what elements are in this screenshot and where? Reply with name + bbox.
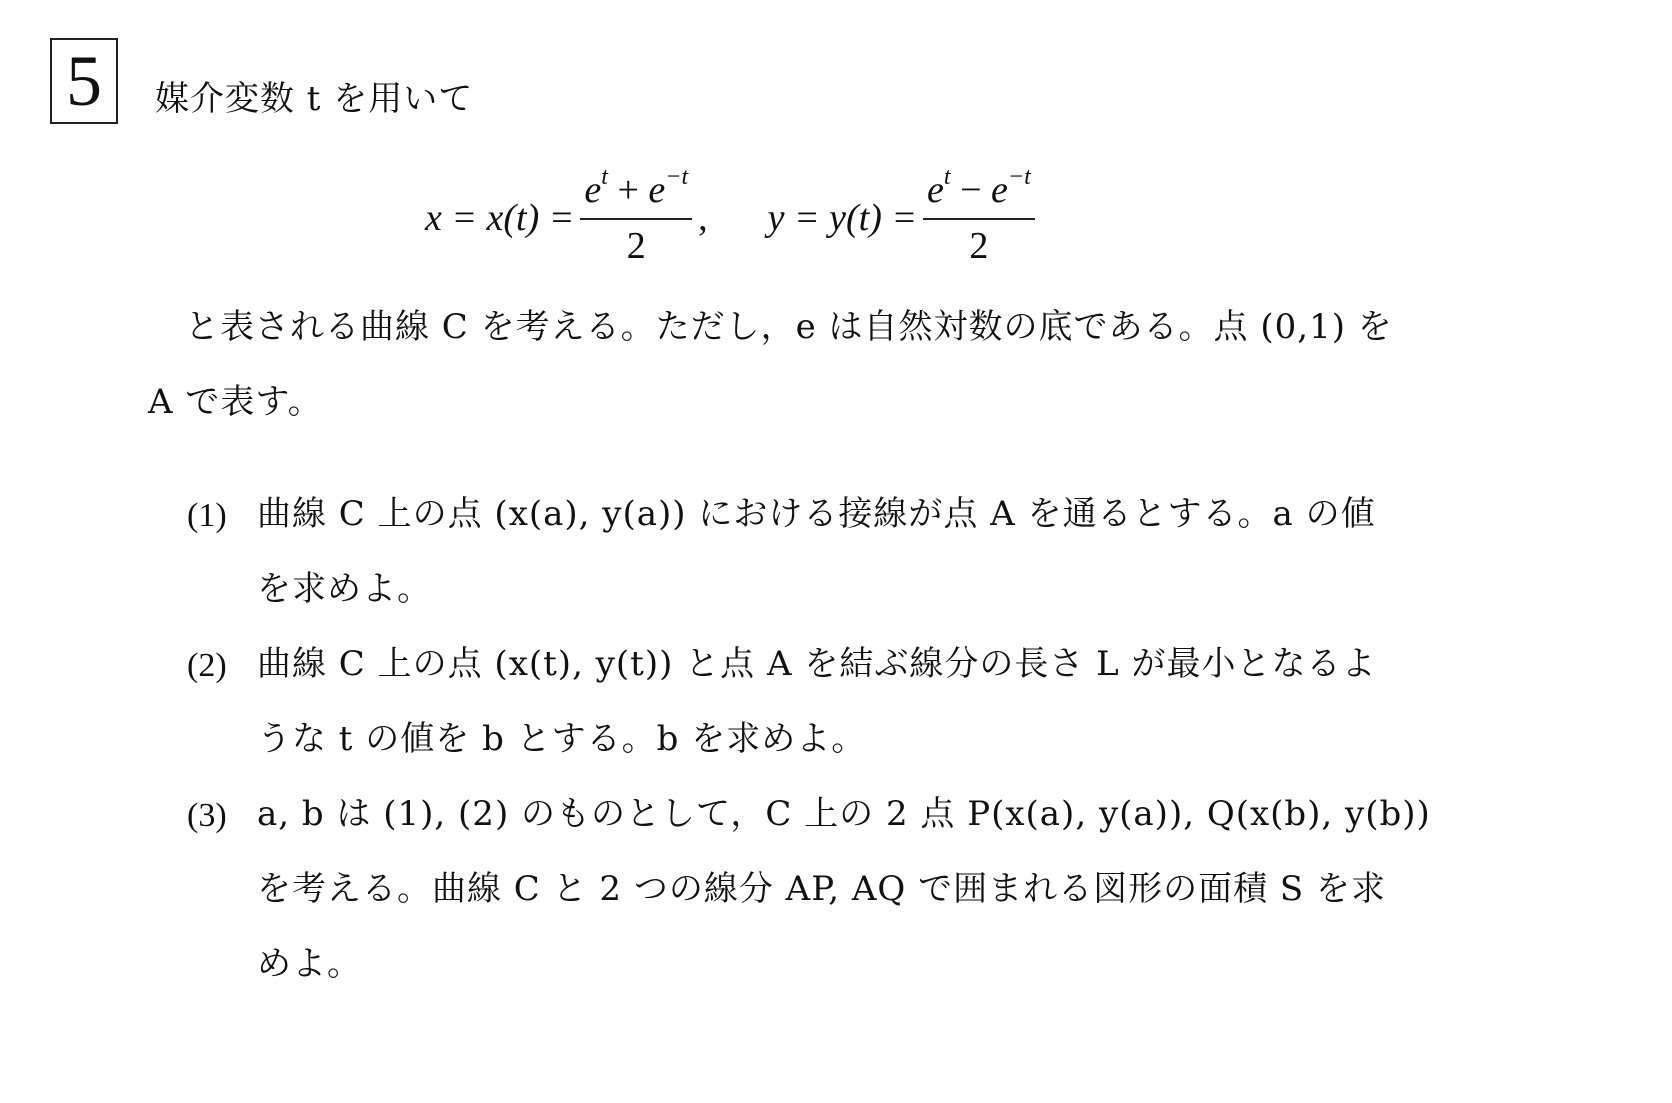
problem-number-box: 5 bbox=[50, 38, 118, 124]
x-lhs: x = x(t) = bbox=[425, 196, 574, 240]
subquestion-3-line-1: a, b は (1), (2) のものとして，C 上の 2 点 P(x(a), … bbox=[257, 797, 1431, 831]
subquestion-2-label: (2) bbox=[187, 647, 227, 685]
x-denominator: 2 bbox=[627, 220, 646, 268]
x-equation: x = x(t) = et + e−t 2 , bbox=[425, 168, 708, 268]
subquestion-1-line-2: を求めよ。 bbox=[257, 572, 432, 606]
parametric-equation: x = x(t) = et + e−t 2 , y = y(t) = et − … bbox=[425, 168, 1041, 268]
subquestion-2-line-1: 曲線 C 上の点 (x(t), y(t)) と点 A を結ぶ線分の長さ L が最… bbox=[257, 647, 1377, 681]
subquestion-3-line-3: めよ。 bbox=[257, 947, 362, 981]
subquestion-1-line-1: 曲線 C 上の点 (x(a), y(a)) における接線が点 A を通るとする。… bbox=[257, 497, 1376, 531]
subquestion-2-line-2: うな t の値を b とする。b を求めよ。 bbox=[257, 722, 866, 756]
subquestion-3-line-2: を考える。曲線 C と 2 つの線分 AP, AQ で囲まれる図形の面積 S を… bbox=[257, 872, 1386, 906]
y-lhs: y = y(t) = bbox=[768, 196, 917, 240]
problem-number: 5 bbox=[66, 45, 102, 117]
problem-intro: 媒介変数 t を用いて bbox=[155, 82, 473, 116]
x-numerator: et + e−t bbox=[580, 168, 692, 220]
y-fraction: et − e−t 2 bbox=[923, 168, 1035, 268]
y-denominator: 2 bbox=[969, 220, 988, 268]
subquestion-1-label: (1) bbox=[187, 497, 227, 535]
equation-comma: , bbox=[698, 196, 708, 240]
paragraph-line-1: と表される曲線 C を考える。ただし，e は自然対数の底である。点 (0,1) … bbox=[185, 310, 1393, 344]
y-numerator: et − e−t bbox=[923, 168, 1035, 220]
x-fraction: et + e−t 2 bbox=[580, 168, 692, 268]
y-equation: y = y(t) = et − e−t 2 bbox=[768, 168, 1041, 268]
exam-page: 5 媒介変数 t を用いて x = x(t) = et + e−t 2 , y … bbox=[0, 0, 1672, 1103]
paragraph-line-2: A で表す。 bbox=[148, 385, 323, 419]
subquestion-3-label: (3) bbox=[187, 797, 227, 835]
